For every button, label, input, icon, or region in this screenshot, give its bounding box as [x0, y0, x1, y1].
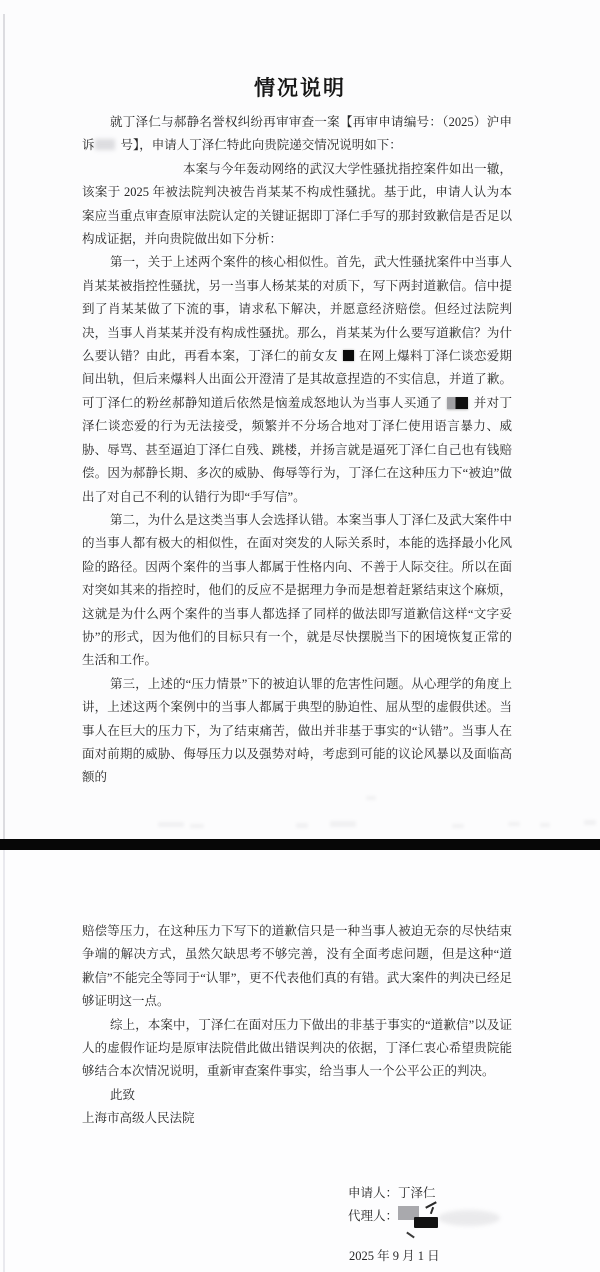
signature-block: 申请人：丁泽仁 代理人：: [348, 1182, 468, 1229]
redacted-name-box-2: [447, 397, 468, 409]
paragraph-point1: 第一，关于上述两个案件的核心相似性。首先，武大性骚扰案件中当事人肖某某被指控性骚…: [82, 251, 512, 508]
page-edge-line: [3, 850, 5, 1272]
scan-artifact: [296, 823, 308, 828]
page1-body: 就丁泽仁与郝静名誉权纠纷再审审查一案【再审申请编号：（2025）沪申诉号】，申请…: [82, 111, 512, 790]
document-page-1: 情况说明 就丁泽仁与郝静名誉权纠纷再审审查一案【再审申请编号：（2025）沪申诉…: [0, 0, 600, 839]
paragraph-continuation: 赔偿等压力，在这种压力下写下的道歉信只是一种当事人被迫无奈的尽快结束争端的解决方…: [82, 920, 512, 1014]
redacted-name-box: [343, 350, 354, 361]
scan-artifact: [330, 821, 356, 827]
closing-phrase: 此致: [82, 1084, 512, 1107]
paragraph-background: 本案与今年轰动网络的武汉大学性骚扰指控案件如出一辙，该案于 2025 年被法院判…: [82, 158, 512, 252]
point1-text-a: 第一，关于上述两个案件的核心相似性。首先，武大性骚扰案件中当事人肖某某被指控性骚…: [82, 255, 512, 363]
point1-text-c: 并对丁泽仁谈恋爱的行为无法接受，频繁并不分场合地对丁泽仁使用语言暴力、威胁、辱骂…: [82, 396, 512, 504]
scan-artifact: [452, 824, 464, 828]
scan-artifact: [540, 823, 550, 827]
intro-text-b: 号】，申请人丁泽仁特此向贵院递交情况说明如下：: [121, 138, 402, 152]
page-separator-band: [0, 839, 600, 850]
page-edge-line: [3, 14, 5, 839]
scan-artifact: [584, 820, 596, 825]
document-date: 2025 年 9 月 1 日: [349, 1246, 440, 1264]
redacted-case-number: [95, 139, 115, 150]
agent-line: 代理人：: [348, 1205, 468, 1228]
paragraph-summary: 综上，本案中，丁泽仁在面对压力下做出的非基于事实的“道歉信”以及证人的虚假作证均…: [82, 1014, 512, 1084]
applicant-line: 申请人：丁泽仁: [348, 1182, 468, 1205]
agent-label: 代理人：: [348, 1209, 398, 1223]
scan-artifact: [366, 796, 376, 800]
scan-artifact: [190, 824, 204, 828]
scan-artifact: [158, 822, 184, 827]
scan-artifact: [268, 166, 284, 170]
page2-body: 赔偿等压力，在这种压力下写下的道歉信只是一种当事人被迫无奈的尽快结束争端的解决方…: [82, 920, 512, 1131]
redacted-agent-name: [398, 1208, 468, 1222]
paragraph-intro: 就丁泽仁与郝静名誉权纠纷再审审查一案【再审申请编号：（2025）沪申诉号】，申请…: [82, 111, 512, 158]
applicant-label: 申请人：: [348, 1186, 398, 1200]
document-title: 情况说明: [0, 72, 600, 102]
pen-scribble: [430, 1207, 434, 1214]
paragraph-point2: 第二，为什么是这类当事人会选择认错。本案当事人丁泽仁及武大案件中的当事人都有极大…: [82, 509, 512, 673]
redaction-black-box: [414, 1217, 438, 1228]
scanned-legal-document: { "document": { "title": "情况说明", "page1"…: [0, 0, 600, 1272]
applicant-name: 丁泽仁: [398, 1186, 436, 1200]
paragraph-point3: 第三，上述的“压力情景”下的被迫认罪的危害性问题。从心理学的角度上讲，上述这两个…: [82, 673, 512, 790]
court-name: 上海市高级人民法院: [82, 1107, 512, 1130]
scan-artifact: [508, 822, 520, 826]
